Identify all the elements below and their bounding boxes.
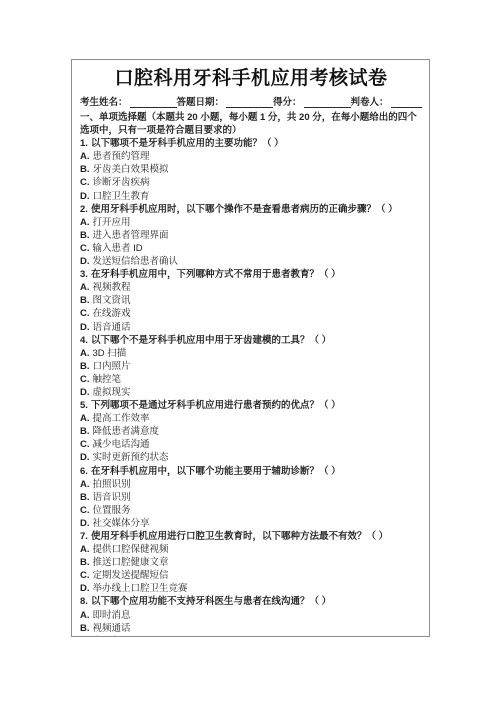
- option-letter: D.: [80, 256, 90, 267]
- question-text: 6.在牙科手机应用中，以下哪个功能主要用于辅助诊断？（ ）: [80, 465, 422, 478]
- option-item: D.社交媒体分享: [80, 517, 422, 530]
- option-item: C.电子邮件: [80, 635, 422, 637]
- option-text: 拍照识别: [93, 479, 131, 490]
- option-letter: C.: [80, 570, 90, 581]
- option-text: 提供口腔保健视频: [93, 544, 169, 555]
- fill-in-blank: [130, 97, 177, 108]
- option-item: A.提高工作效率: [80, 412, 422, 425]
- question-text: 3.在牙科手机应用中，下列哪种方式不常用于患者教育？（ ）: [80, 268, 422, 281]
- option-letter: B.: [80, 492, 90, 503]
- option-letter: D.: [80, 191, 90, 202]
- fill-in-blank: [304, 97, 351, 108]
- question-item: 3.在牙科手机应用中，下列哪种方式不常用于患者教育？（ ）A.视频教程B.图文资…: [80, 268, 422, 333]
- exam-paper-box: 口腔科用牙科手机应用考核试卷 考生姓名：答题日期：得分：判卷人： 一、单项选择题…: [71, 59, 430, 637]
- question-label: 以下哪项不是牙科手机应用的主要功能？（ ）: [91, 138, 284, 149]
- option-text: 输入患者 ID: [93, 243, 143, 254]
- question-item: 1.以下哪项不是牙科手机应用的主要功能？（ ）A.患者预约管理B.牙齿美白效果模…: [80, 137, 422, 202]
- option-letter: D.: [80, 518, 90, 529]
- option-letter: D.: [80, 452, 90, 463]
- option-text: 语音通话: [93, 322, 131, 333]
- option-item: C.输入患者 ID: [80, 242, 422, 255]
- question-item: 8.以下哪个应用功能不支持牙科医生与患者在线沟通？（ ）A.即时消息B.视频通话…: [80, 595, 422, 637]
- question-label: 下列哪项不是通过牙科手机应用进行患者预约的优点？（ ）: [91, 400, 341, 411]
- option-item: A.视频教程: [80, 281, 422, 294]
- option-text: 虚拟现实: [93, 387, 131, 398]
- option-letter: A.: [80, 413, 90, 424]
- option-text: 口内照片: [93, 361, 131, 372]
- option-text: 减少电话沟通: [93, 439, 150, 450]
- option-item: C.在线游戏: [80, 307, 422, 320]
- option-item: B.牙齿美白效果模拟: [80, 163, 422, 176]
- option-text: 语音识别: [93, 492, 131, 503]
- option-text: 实时更新预约状态: [93, 452, 169, 463]
- option-text: 图文资讯: [93, 295, 131, 306]
- question-number: 4.: [80, 335, 88, 346]
- option-item: B.降低患者满意度: [80, 425, 422, 438]
- option-text: 在线游戏: [93, 308, 131, 319]
- question-item: 4.以下哪个不是牙科手机应用中用于牙齿建模的工具？（ ）A.3D 扫描B.口内照…: [80, 334, 422, 399]
- question-label: 使用牙科手机应用时，以下哪个操作不是查看患者病历的正确步骤？（ ）: [91, 204, 398, 215]
- option-item: B.推送口腔健康文章: [80, 556, 422, 569]
- option-text: 推送口腔健康文章: [93, 557, 169, 568]
- fill-in-blank: [391, 97, 422, 108]
- question-text: 8.以下哪个应用功能不支持牙科医生与患者在线沟通？（ ）: [80, 595, 422, 608]
- option-item: A.3D 扫描: [80, 347, 422, 360]
- info-field-label: 得分：: [273, 94, 302, 108]
- question-number: 5.: [80, 400, 88, 411]
- question-label: 使用牙科手机应用进行口腔卫生教育时，以下哪种方法最不有效？（ ）: [91, 531, 388, 542]
- option-letter: B.: [80, 164, 90, 175]
- option-text: 即时消息: [93, 610, 131, 621]
- option-item: B.语音识别: [80, 491, 422, 504]
- info-field-label: 判卷人：: [351, 94, 389, 108]
- question-item: 2.使用牙科手机应用时，以下哪个操作不是查看患者病历的正确步骤？（ ）A.打开应…: [80, 203, 422, 268]
- question-number: 7.: [80, 531, 88, 542]
- option-letter: C.: [80, 439, 90, 450]
- screenshot-root: { "exam": { "title": "口腔科用牙科手机应用考核试卷", "…: [0, 0, 500, 707]
- question-list: 1.以下哪项不是牙科手机应用的主要功能？（ ）A.患者预约管理B.牙齿美白效果模…: [80, 137, 422, 637]
- option-item: B.视频通话: [80, 622, 422, 635]
- option-letter: B.: [80, 557, 90, 568]
- option-letter: C.: [80, 177, 90, 188]
- info-field: 考生姓名：: [80, 94, 177, 108]
- option-letter: B.: [80, 426, 90, 437]
- info-field: 判卷人：: [351, 94, 422, 108]
- option-text: 打开应用: [93, 217, 131, 228]
- option-letter: A.: [80, 282, 90, 293]
- option-text: 诊断牙齿疾病: [93, 177, 150, 188]
- question-item: 6.在牙科手机应用中，以下哪个功能主要用于辅助诊断？（ ）A.拍照识别B.语音识…: [80, 465, 422, 530]
- info-field: 得分：: [273, 94, 351, 108]
- option-letter: D.: [80, 583, 90, 594]
- option-item: C.定期发送提醒短信: [80, 569, 422, 582]
- option-text: 视频通话: [93, 623, 131, 634]
- question-number: 3.: [80, 269, 88, 280]
- option-item: B.口内照片: [80, 360, 422, 373]
- option-item: D.虚拟现实: [80, 386, 422, 399]
- option-letter: B.: [80, 623, 90, 634]
- option-letter: C.: [80, 374, 90, 385]
- option-letter: B.: [80, 295, 90, 306]
- option-item: D.发送短信给患者确认: [80, 255, 422, 268]
- option-text: 患者预约管理: [93, 151, 150, 162]
- option-letter: D.: [80, 387, 90, 398]
- question-text: 7.使用牙科手机应用进行口腔卫生教育时，以下哪种方法最不有效？（ ）: [80, 530, 422, 543]
- option-text: 社交媒体分享: [93, 518, 150, 529]
- option-letter: C.: [80, 243, 90, 254]
- option-item: D.举办线上口腔卫生竞赛: [80, 582, 422, 595]
- option-item: C.诊断牙齿疾病: [80, 176, 422, 189]
- option-item: C.减少电话沟通: [80, 438, 422, 451]
- option-letter: A.: [80, 610, 90, 621]
- option-item: A.即时消息: [80, 609, 422, 622]
- candidate-info-line: 考生姓名：答题日期：得分：判卷人：: [80, 94, 422, 108]
- info-field-label: 考生姓名：: [80, 94, 128, 108]
- option-item: D.语音通话: [80, 321, 422, 334]
- option-item: C.触控笔: [80, 373, 422, 386]
- option-text: 口腔卫生教育: [93, 191, 150, 202]
- section-instruction: 一、单项选择题（本题共 20 小题，每小题 1 分，共 20 分，在每小题给出的…: [80, 111, 422, 137]
- question-text: 1.以下哪项不是牙科手机应用的主要功能？（ ）: [80, 137, 422, 150]
- option-letter: D.: [80, 322, 90, 333]
- option-letter: A.: [80, 544, 90, 555]
- option-text: 提高工作效率: [93, 413, 150, 424]
- option-item: D.实时更新预约状态: [80, 451, 422, 464]
- option-text: 牙齿美白效果模拟: [93, 164, 169, 175]
- question-label: 在牙科手机应用中，下列哪种方式不常用于患者教育？（ ）: [91, 269, 341, 280]
- question-item: 7.使用牙科手机应用进行口腔卫生教育时，以下哪种方法最不有效？（ ）A.提供口腔…: [80, 530, 422, 595]
- option-text: 视频教程: [93, 282, 131, 293]
- option-letter: B.: [80, 230, 90, 241]
- question-text: 5.下列哪项不是通过牙科手机应用进行患者预约的优点？（ ）: [80, 399, 422, 412]
- question-number: 8.: [80, 596, 88, 607]
- fill-in-blank: [226, 97, 273, 108]
- question-number: 1.: [80, 138, 88, 149]
- option-item: A.拍照识别: [80, 478, 422, 491]
- info-field-label: 答题日期：: [177, 94, 225, 108]
- option-text: 降低患者满意度: [93, 426, 160, 437]
- question-number: 6.: [80, 466, 88, 477]
- option-letter: C.: [80, 636, 90, 637]
- question-text: 4.以下哪个不是牙科手机应用中用于牙齿建模的工具？（ ）: [80, 334, 422, 347]
- question-number: 2.: [80, 204, 88, 215]
- option-text: 发送短信给患者确认: [93, 256, 179, 267]
- option-letter: C.: [80, 505, 90, 516]
- exam-title: 口腔科用牙科手机应用考核试卷: [80, 63, 422, 90]
- option-item: A.患者预约管理: [80, 150, 422, 163]
- question-text: 2.使用牙科手机应用时，以下哪个操作不是查看患者病历的正确步骤？（ ）: [80, 203, 422, 216]
- question-item: 5.下列哪项不是通过牙科手机应用进行患者预约的优点？（ ）A.提高工作效率B.降…: [80, 399, 422, 464]
- option-item: A.提供口腔保健视频: [80, 543, 422, 556]
- option-letter: C.: [80, 308, 90, 319]
- option-text: 3D 扫描: [93, 348, 127, 359]
- option-item: B.图文资讯: [80, 294, 422, 307]
- option-letter: A.: [80, 217, 90, 228]
- option-text: 定期发送提醒短信: [93, 570, 169, 581]
- option-text: 举办线上口腔卫生竞赛: [93, 583, 188, 594]
- option-letter: A.: [80, 479, 90, 490]
- option-item: D.口腔卫生教育: [80, 190, 422, 203]
- option-item: B.进入患者管理界面: [80, 229, 422, 242]
- option-letter: A.: [80, 348, 90, 359]
- option-letter: A.: [80, 151, 90, 162]
- option-text: 触控笔: [93, 374, 122, 385]
- question-label: 在牙科手机应用中，以下哪个功能主要用于辅助诊断？（ ）: [91, 466, 341, 477]
- option-item: C.位置服务: [80, 504, 422, 517]
- option-item: A.打开应用: [80, 216, 422, 229]
- question-label: 以下哪个应用功能不支持牙科医生与患者在线沟通？（ ）: [91, 596, 331, 607]
- option-text: 电子邮件: [93, 636, 131, 637]
- option-text: 进入患者管理界面: [93, 230, 169, 241]
- question-label: 以下哪个不是牙科手机应用中用于牙齿建模的工具？（ ）: [91, 335, 331, 346]
- option-letter: B.: [80, 361, 90, 372]
- info-field: 答题日期：: [177, 94, 274, 108]
- option-text: 位置服务: [93, 505, 131, 516]
